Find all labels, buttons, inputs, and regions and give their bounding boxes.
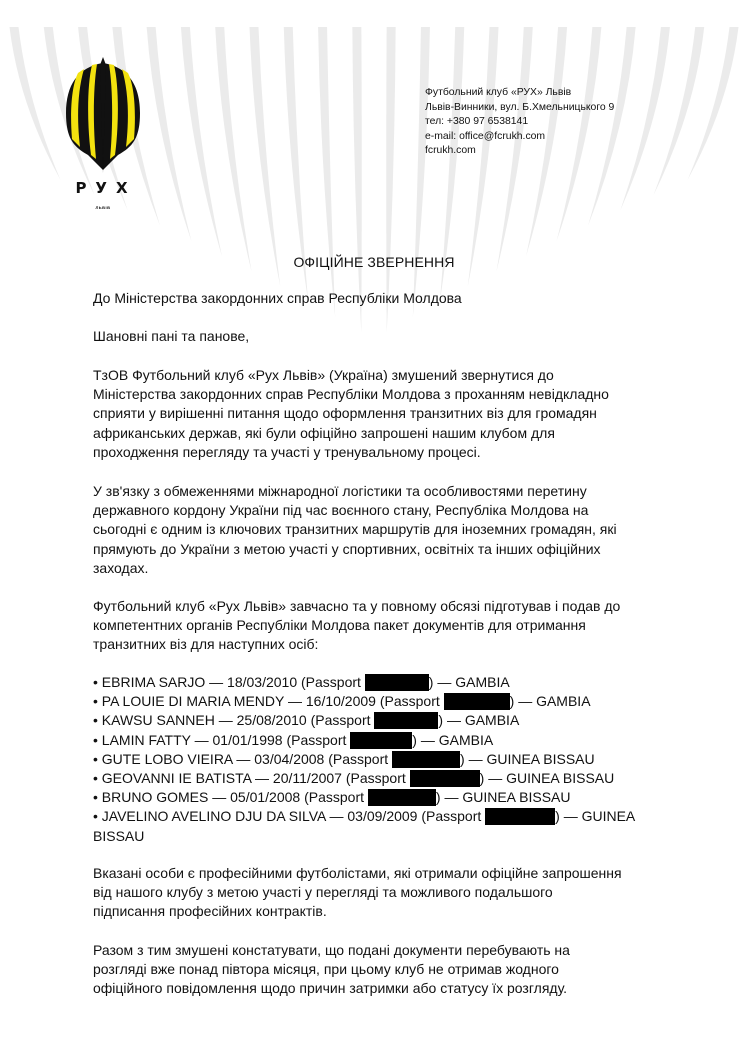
letter-page: РУХ ЛЬВІВ Футбольний клуб «РУХ» Львів Ль… [0, 0, 748, 1062]
redacted-passport-number [410, 770, 480, 787]
person-list-item: • GUTE LOBO VIEIRA — 03/04/2008 (Passpor… [93, 750, 653, 769]
person-list-item: • LAMIN FATTY — 01/01/1998 (Passport ) —… [93, 731, 653, 750]
addressee: До Міністерства закордонних справ Респуб… [93, 289, 663, 308]
persons-list: • EBRIMA SARJO — 18/03/2010 (Passport ) … [93, 673, 653, 846]
redacted-passport-number [485, 808, 555, 825]
paragraph-4: Вказані особи є професійними футболістам… [93, 864, 663, 922]
person-list-item: • JAVELINO AVELINO DJU DA SILVA — 03/09/… [93, 807, 653, 845]
paragraph-2: У зв'язку з обмеженнями міжнародної логі… [93, 482, 663, 578]
logo-subtitle: ЛЬВІВ [58, 205, 148, 210]
redacted-passport-number [374, 712, 438, 729]
redacted-passport-number [368, 789, 436, 806]
redacted-passport-number [365, 674, 429, 691]
club-logo: РУХ ЛЬВІВ [58, 55, 148, 220]
paragraph-5: Разом з тим змушені констатувати, що под… [93, 941, 663, 999]
person-country: ) — GAMBIA [438, 712, 519, 728]
club-website[interactable]: fcrukh.com [425, 144, 614, 159]
person-details: • JAVELINO AVELINO DJU DA SILVA — 03/09/… [93, 808, 485, 824]
person-details: • LAMIN FATTY — 01/01/1998 (Passport [93, 732, 350, 748]
contact-block: Футбольний клуб «РУХ» Львів Львів-Винник… [425, 86, 614, 159]
greeting: Шановні пані та панове, [93, 327, 663, 346]
rukh-emblem-icon [58, 55, 148, 175]
person-details: • PA LOUIE DI MARIA MENDY — 16/10/2009 (… [93, 693, 444, 709]
person-list-item: • GEOVANNI IE BATISTA — 20/11/2007 (Pass… [93, 769, 653, 788]
club-email[interactable]: e-mail: office@fcrukh.com [425, 130, 614, 145]
person-list-item: • BRUNO GOMES — 05/01/2008 (Passport ) —… [93, 788, 653, 807]
club-name: Футбольний клуб «РУХ» Львів [425, 86, 614, 101]
person-country: ) — GUINEA BISSAU [436, 789, 571, 805]
person-list-item: • EBRIMA SARJO — 18/03/2010 (Passport ) … [93, 673, 653, 692]
club-phone: тел: +380 97 6538141 [425, 115, 614, 130]
logo-wordmark: РУХ [58, 181, 148, 196]
person-details: • GEOVANNI IE BATISTA — 20/11/2007 (Pass… [93, 770, 410, 786]
document-title: ОФІЦІЙНЕ ЗВЕРНЕННЯ [0, 254, 748, 270]
paragraph-3: Футбольний клуб «Рух Львів» завчасно та … [93, 597, 663, 655]
person-country: ) — GAMBIA [429, 674, 510, 690]
person-details: • GUTE LOBO VIEIRA — 03/04/2008 (Passpor… [93, 751, 392, 767]
person-country: ) — GUINEA BISSAU [480, 770, 615, 786]
paragraph-1: ТзОВ Футбольний клуб «Рух Львів» (Україн… [93, 366, 663, 462]
person-details: • KAWSU SANNEH — 25/08/2010 (Passport [93, 712, 374, 728]
person-country: ) — GAMBIA [510, 693, 591, 709]
person-country: ) — GAMBIA [412, 732, 493, 748]
person-details: • EBRIMA SARJO — 18/03/2010 (Passport [93, 674, 365, 690]
person-country: ) — GUINEA BISSAU [460, 751, 595, 767]
redacted-passport-number [350, 732, 412, 749]
redacted-passport-number [444, 693, 510, 710]
person-list-item: • PA LOUIE DI MARIA MENDY — 16/10/2009 (… [93, 692, 653, 711]
person-details: • BRUNO GOMES — 05/01/2008 (Passport [93, 789, 368, 805]
club-address: Львів-Винники, вул. Б.Хмельницького 9 [425, 101, 614, 116]
redacted-passport-number [392, 751, 460, 768]
person-list-item: • KAWSU SANNEH — 25/08/2010 (Passport ) … [93, 711, 653, 730]
